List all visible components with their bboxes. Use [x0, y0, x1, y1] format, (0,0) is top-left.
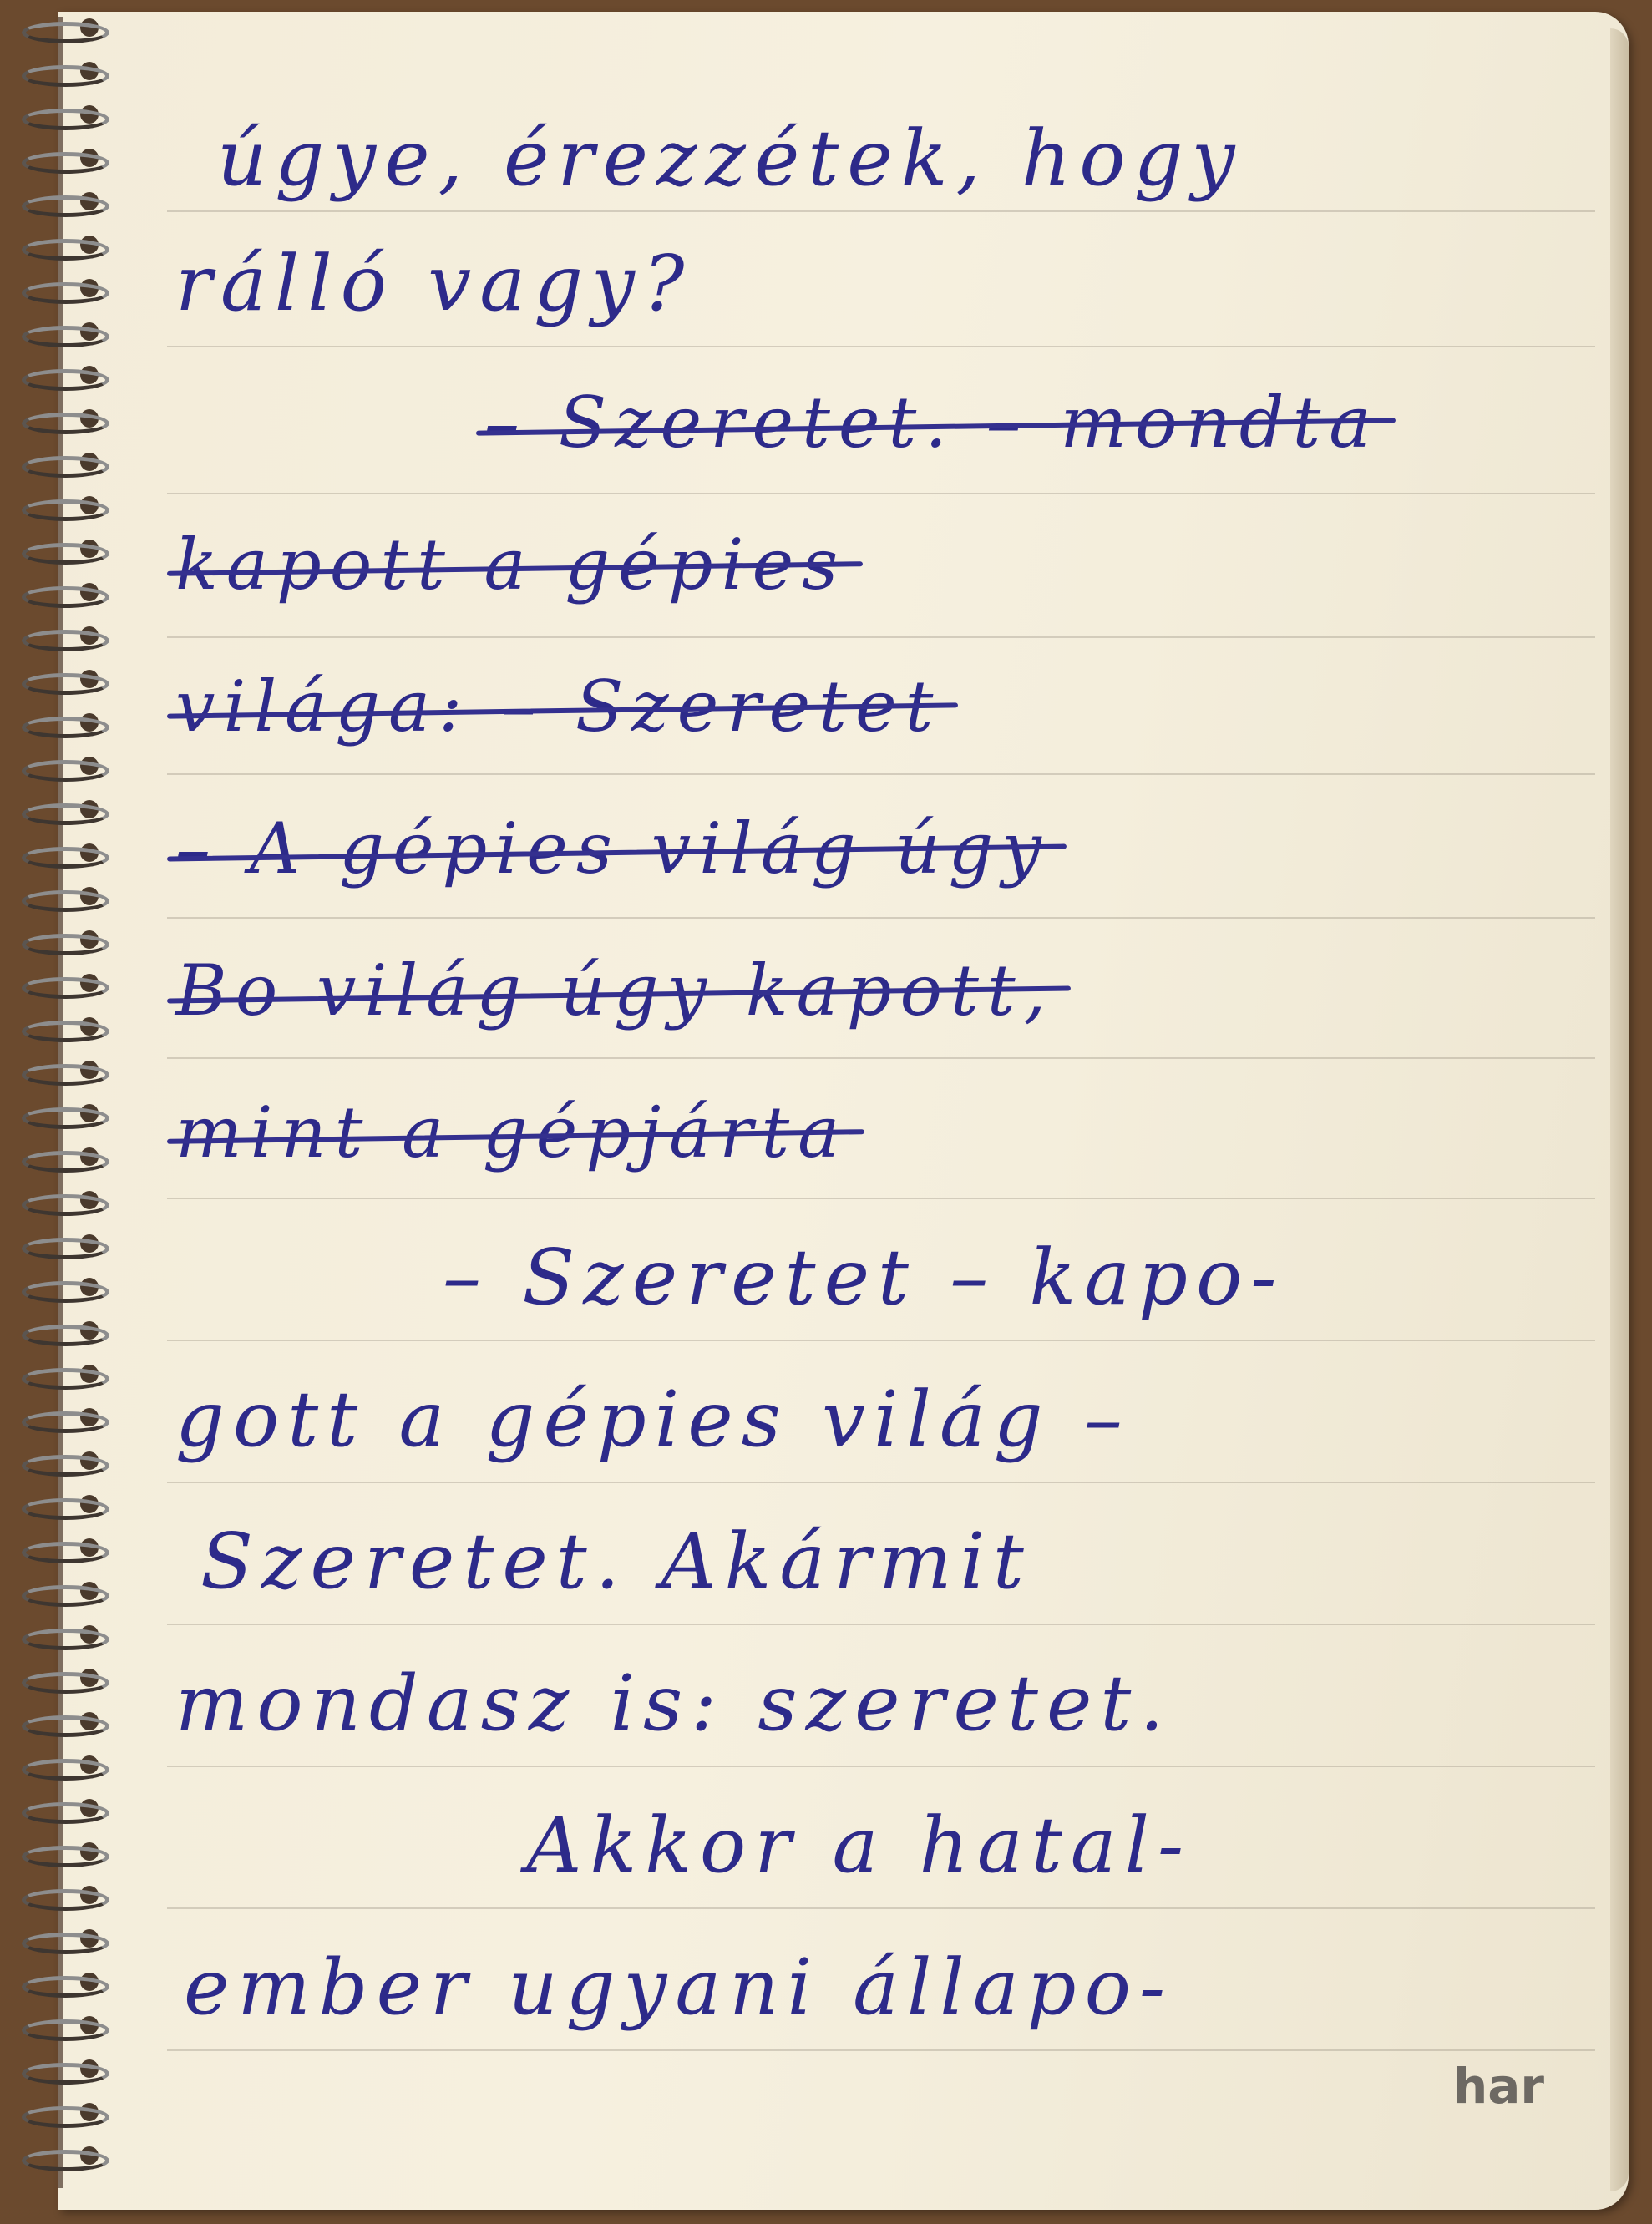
spiral-coil	[15, 712, 107, 737]
ruled-line	[167, 1907, 1595, 1909]
spiral-coil	[15, 1580, 107, 1605]
coil-wire	[22, 1715, 109, 1737]
coil-wire	[22, 456, 109, 478]
spiral-coil	[15, 104, 107, 129]
coil-wire	[22, 1064, 109, 1086]
ruled-line	[167, 1624, 1595, 1625]
spiral-coil	[15, 1406, 107, 1431]
coil-wire	[22, 499, 109, 521]
handwritten-line: ember ugyani állapo-	[184, 1949, 1173, 2026]
spiral-coil	[15, 581, 107, 606]
spiral-coil	[15, 190, 107, 215]
coil-wire	[22, 2106, 109, 2128]
coil-wire	[22, 1846, 109, 1867]
ruled-line	[167, 493, 1595, 494]
coil-wire	[22, 1976, 109, 1998]
coil-wire	[22, 22, 109, 43]
coil-wire	[22, 760, 109, 782]
spiral-coil	[15, 147, 107, 172]
coil-wire	[22, 413, 109, 434]
coil-wire	[22, 1107, 109, 1129]
coil-wire	[22, 1238, 109, 1259]
spiral-coil	[15, 451, 107, 476]
spiral-coil	[15, 321, 107, 346]
handwritten-line-struck: kapott a gépies	[175, 529, 846, 600]
spiral-coil	[15, 1710, 107, 1735]
spiral-coil	[15, 929, 107, 954]
handwritten-line: gott a gépies világ –	[175, 1381, 1131, 1458]
spiral-coil	[15, 60, 107, 85]
coil-wire	[22, 1194, 109, 1216]
coil-wire	[22, 2150, 109, 2171]
ruled-line	[167, 1340, 1595, 1341]
coil-wire	[22, 890, 109, 912]
page-edge	[1610, 28, 1629, 2191]
pencil-note: har	[1453, 2058, 1544, 2115]
spiral-coil	[15, 1928, 107, 1953]
coil-wire	[22, 282, 109, 304]
spiral-coil	[15, 277, 107, 302]
coil-wire	[22, 1889, 109, 1911]
handwritten-line-struck: Bo világ úgy kapott,	[175, 955, 1054, 1026]
coil-wire	[22, 1281, 109, 1303]
spiral-coil	[15, 1276, 107, 1301]
coil-wire	[22, 630, 109, 651]
handwritten-line: Szeretet. Akármit	[200, 1523, 1032, 1600]
ruled-line	[167, 636, 1595, 638]
spiral-coil	[15, 1016, 107, 1041]
coil-wire	[22, 673, 109, 695]
coil-wire	[22, 152, 109, 174]
ruled-line	[167, 1198, 1595, 1199]
handwritten-line: úgye, érezzétek, hogy	[217, 120, 1243, 197]
spiral-coil	[15, 1363, 107, 1388]
handwritten-line-struck: világa: – Szeretet	[175, 671, 941, 742]
ruled-line	[167, 1482, 1595, 1483]
coil-wire	[22, 65, 109, 87]
coil-wire	[22, 1151, 109, 1173]
coil-wire	[22, 1498, 109, 1520]
coil-wire	[22, 1585, 109, 1607]
ruled-line	[167, 346, 1595, 347]
spiral-coil	[15, 364, 107, 389]
handwritten-line: – Szeretet – kapo-	[443, 1239, 1285, 1316]
spiral-coil	[15, 1233, 107, 1258]
coil-wire	[22, 1933, 109, 1954]
coil-wire	[22, 1542, 109, 1563]
spiral-coil	[15, 1667, 107, 1692]
coil-wire	[22, 2063, 109, 2085]
spiral-coil	[15, 1450, 107, 1475]
spiral-coil	[15, 1797, 107, 1822]
spiral-coil	[15, 1624, 107, 1649]
coil-wire	[22, 1802, 109, 1824]
spiral-coil	[15, 1754, 107, 1779]
spiral-coil	[15, 1146, 107, 1171]
coil-wire	[22, 1629, 109, 1650]
spiral-coil	[15, 1841, 107, 1866]
spiral-coil	[15, 1102, 107, 1127]
spiral-coil	[15, 1189, 107, 1214]
spiral-coil	[15, 625, 107, 650]
coil-wire	[22, 977, 109, 999]
handwritten-line-struck: – Szeretet. – mondta	[484, 388, 1379, 458]
coil-wire	[22, 1325, 109, 1346]
spiral-coil	[15, 538, 107, 563]
coil-wire	[22, 803, 109, 825]
spiral-coil	[15, 798, 107, 823]
handwritten-line: Akkor a hatal-	[526, 1807, 1192, 1884]
spiral-coil	[15, 668, 107, 693]
coil-wire	[22, 1368, 109, 1390]
spiral-coil	[15, 755, 107, 780]
spiral-coil	[15, 234, 107, 259]
coil-wire	[22, 1411, 109, 1433]
spiral-coil	[15, 885, 107, 910]
coil-wire	[22, 1021, 109, 1042]
spiral-coil	[15, 1320, 107, 1345]
coil-wire	[22, 1455, 109, 1477]
spiral-coil	[15, 17, 107, 42]
spiral-coil	[15, 2101, 107, 2126]
handwritten-line: mondasz is: szeretet.	[175, 1665, 1173, 1742]
spiral-coil	[15, 842, 107, 867]
coil-wire	[22, 1759, 109, 1781]
handwritten-line-struck: – A gépies világ úgy	[175, 813, 1050, 884]
notebook-page: úgye, érezzétek, hogy rálló vagy? – Szer…	[58, 12, 1629, 2210]
spiral-coil	[15, 1884, 107, 1909]
ruled-line	[167, 210, 1595, 212]
spiral-binding	[15, 17, 107, 2188]
coil-wire	[22, 543, 109, 565]
ruled-line	[167, 1057, 1595, 1059]
spiral-coil	[15, 1971, 107, 1996]
spiral-coil	[15, 972, 107, 997]
spiral-coil	[15, 494, 107, 519]
coil-wire	[22, 847, 109, 869]
coil-wire	[22, 195, 109, 217]
coil-wire	[22, 586, 109, 608]
ruled-line	[167, 917, 1595, 919]
coil-wire	[22, 109, 109, 130]
spiral-coil	[15, 1537, 107, 1562]
coil-wire	[22, 2019, 109, 2041]
spiral-coil	[15, 1493, 107, 1518]
spiral-coil	[15, 2058, 107, 2083]
ruled-line	[167, 773, 1595, 775]
ruled-line	[167, 2049, 1595, 2051]
coil-wire	[22, 1672, 109, 1694]
ruled-line	[167, 1766, 1595, 1767]
coil-wire	[22, 326, 109, 347]
spiral-coil	[15, 408, 107, 433]
handwritten-line: rálló vagy?	[175, 246, 692, 322]
coil-wire	[22, 369, 109, 391]
spiral-coil	[15, 2014, 107, 2039]
coil-wire	[22, 934, 109, 955]
spiral-coil	[15, 1059, 107, 1084]
coil-wire	[22, 717, 109, 738]
handwritten-line-struck: mint a gépjárta	[175, 1097, 848, 1168]
spiral-coil	[15, 2145, 107, 2170]
coil-wire	[22, 239, 109, 261]
